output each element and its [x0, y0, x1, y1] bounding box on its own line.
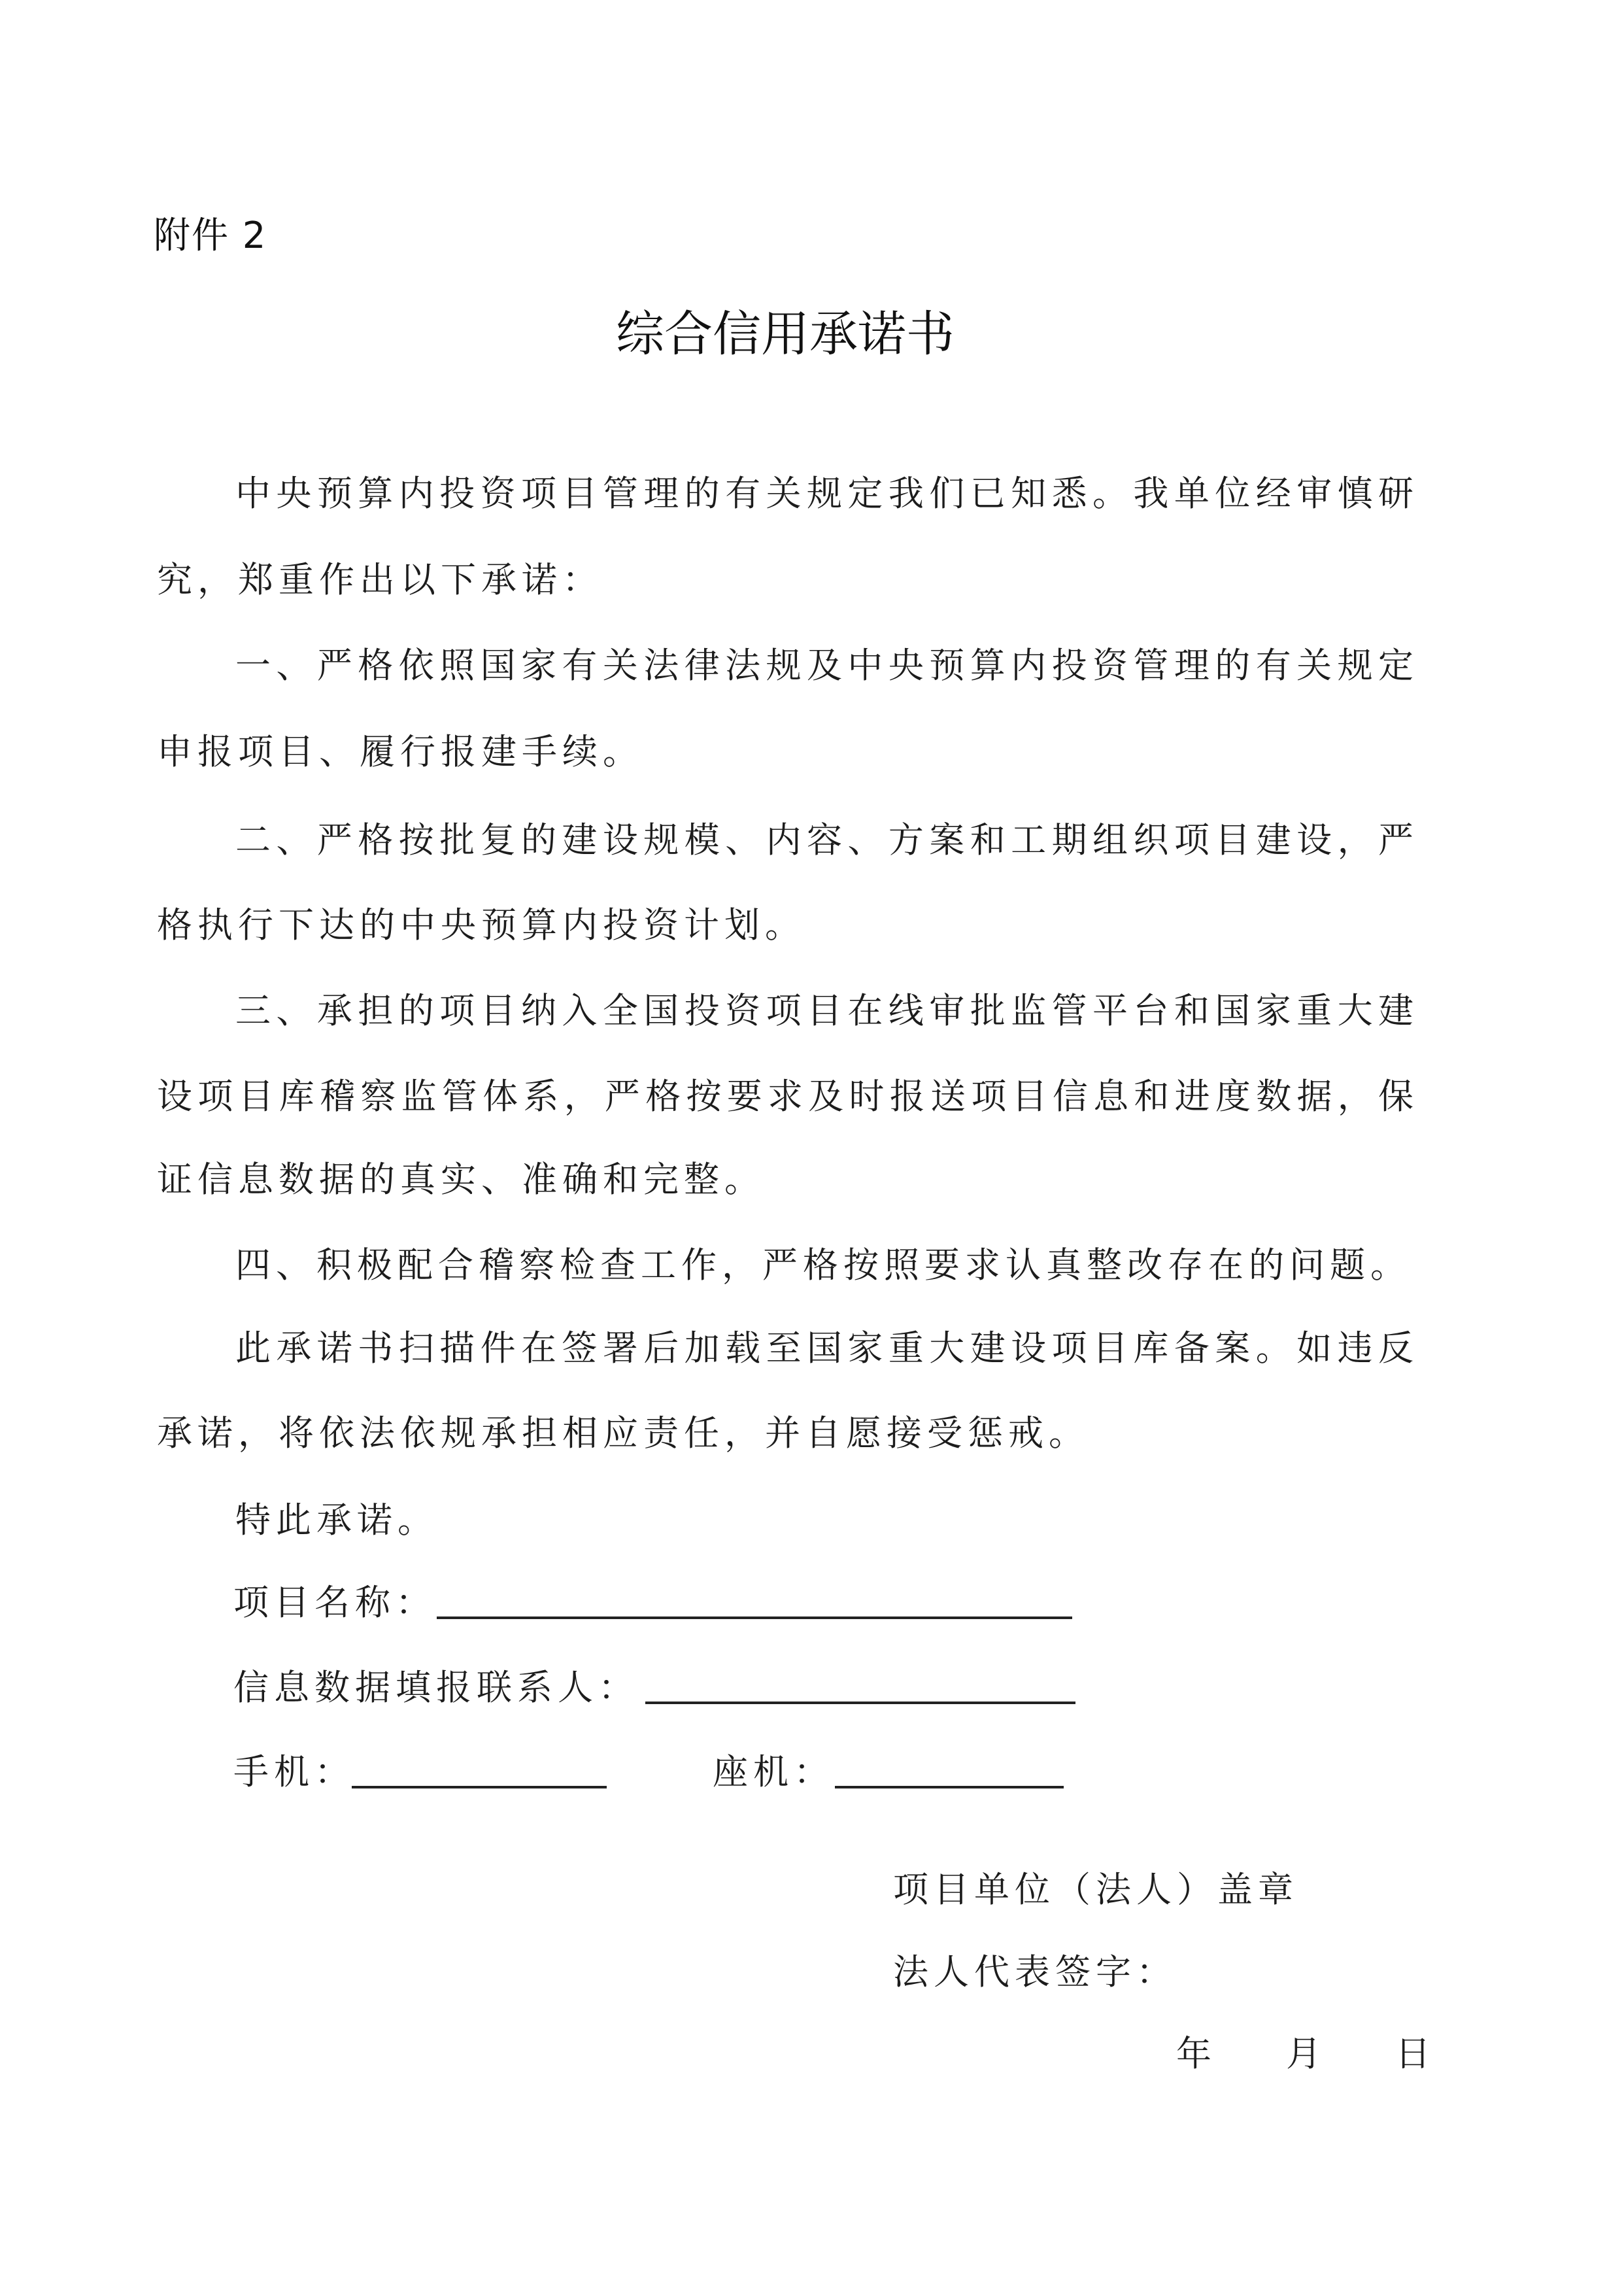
- body-line-preamble-1: 中央预算内投资项目管理的有关规定我们已知悉。我单位经审慎研: [157, 468, 1413, 520]
- contact-person-label: 信息数据填报联系人：: [233, 1662, 639, 1714]
- body-line-item1-2: 申报项目、履行报建手续。: [157, 726, 1413, 778]
- date-year-label: 年: [1176, 2028, 1211, 2080]
- body-line-item3-1: 三、承担的项目纳入全国投资项目在线审批监管平台和国家重大建: [157, 985, 1413, 1037]
- body-line-closing: 特此承诺。: [157, 1494, 1413, 1547]
- mobile-label: 手机：: [233, 1746, 355, 1798]
- body-line-item3-3: 证信息数据的真实、准确和完整。: [157, 1154, 1413, 1206]
- date-day-label: 日: [1395, 2028, 1430, 2080]
- document-title: 综合信用承诺书: [157, 305, 1413, 364]
- legal-representative-signature-label: 法人代表签字：: [893, 1946, 1177, 1998]
- seal-label: 项目单位（法人）盖章: [893, 1864, 1298, 1916]
- project-name-field[interactable]: [437, 1616, 1072, 1619]
- body-line-item3-2: 设项目库稽察监管体系，严格按要求及时报送项目信息和进度数据，保: [157, 1070, 1413, 1123]
- body-line-item4-1: 四、积极配合稽察检查工作，严格按照要求认真整改存在的问题。: [157, 1239, 1413, 1291]
- document-page: 附件 2 综合信用承诺书 中央预算内投资项目管理的有关规定我们已知悉。我单位经审…: [0, 0, 1624, 2292]
- body-line-item2-2: 格执行下达的中央预算内投资计划。: [157, 899, 1413, 951]
- project-name-label: 项目名称：: [233, 1577, 436, 1629]
- attachment-label: 附件 2: [154, 214, 267, 258]
- date-month-label: 月: [1286, 2028, 1321, 2080]
- body-line-item1-1: 一、严格依照国家有关法律法规及中央预算内投资管理的有关规定: [157, 640, 1413, 692]
- body-line-filing-1: 此承诺书扫描件在签署后加载至国家重大建设项目库备案。如违反: [157, 1322, 1413, 1375]
- body-line-item2-1: 二、严格按批复的建设规模、内容、方案和工期组织项目建设，严: [157, 814, 1413, 866]
- body-line-preamble-2: 究，郑重作出以下承诺：: [157, 554, 1413, 606]
- contact-person-field[interactable]: [645, 1702, 1075, 1704]
- landline-field[interactable]: [835, 1786, 1064, 1788]
- body-line-filing-2: 承诺，将依法依规承担相应责任，并自愿接受惩戒。: [157, 1407, 1413, 1460]
- landline-label: 座机：: [713, 1746, 834, 1798]
- mobile-field[interactable]: [352, 1786, 607, 1788]
